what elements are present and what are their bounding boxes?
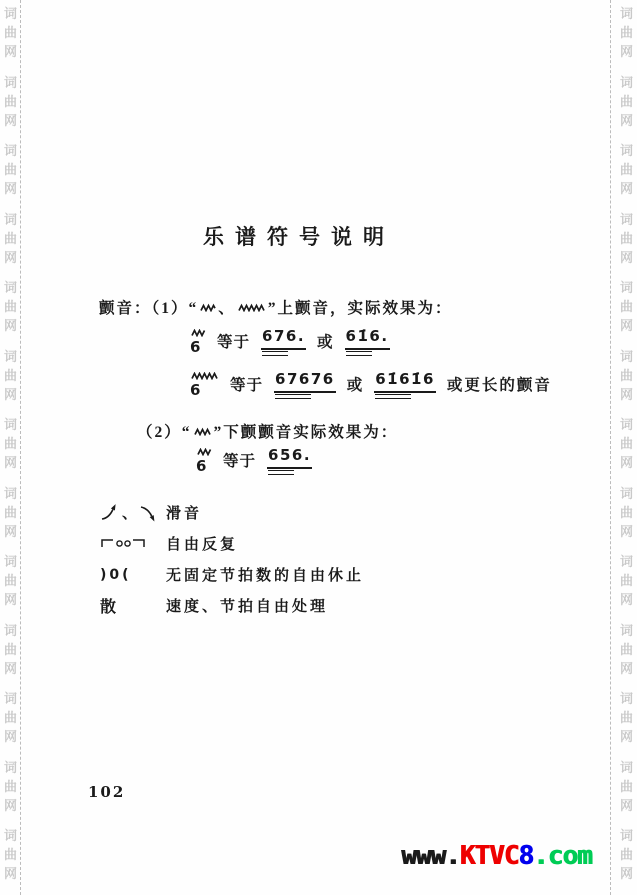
equals-word: 等于	[230, 373, 263, 399]
jianpu-value: 61̇61̇6	[374, 370, 436, 393]
note-with-short-trill: 6	[190, 329, 206, 356]
legend-label: 无固定节拍数的自由休止	[166, 564, 364, 585]
legend-row-free-rest: )0( 无固定节拍数的自由休止	[100, 559, 364, 590]
lower-trill-intro-line: （2）“”下颤颤音实际效果为：	[137, 420, 398, 442]
note-digit: 6	[190, 339, 201, 356]
equals-word: 等于	[217, 330, 250, 356]
free-rest-glyphs: )0(	[100, 567, 132, 583]
san-symbol: 散	[100, 594, 166, 617]
slide-up-icon	[100, 503, 120, 522]
left-side-watermark: 词曲网词曲网词曲网词曲网词曲网词曲网词曲网词曲网词曲网词曲网词曲网词曲网词曲网	[2, 4, 19, 895]
legend-row-slide: 、 滑音	[100, 497, 364, 528]
watermark-8: 8	[518, 841, 533, 871]
free-repeat-symbol	[100, 537, 166, 550]
or-word: 或	[347, 373, 364, 399]
intro-separator: 、	[218, 300, 236, 317]
slide-down-icon	[139, 503, 159, 523]
page-number: 102	[88, 783, 125, 801]
note-with-short-trill: 6	[196, 448, 212, 475]
slide-symbols: 、	[100, 502, 166, 523]
longer-trill-note: 或更长的颤音	[447, 373, 552, 399]
site-watermark: www.KTVC8.com	[401, 841, 592, 871]
left-dashed-rule	[20, 0, 21, 895]
legend-label: 速度、节拍自由处理	[166, 595, 328, 616]
legend-row-san: 散 速度、节拍自由处理	[100, 590, 364, 621]
watermark-com: .com	[533, 841, 592, 871]
symbol-legend: 、 滑音 自由反复 )0( 无固定节拍数的自由休止 散 速度、节拍自由处理	[100, 497, 364, 621]
right-dashed-rule	[610, 0, 611, 895]
right-side-watermark: 词曲网词曲网词曲网词曲网词曲网词曲网词曲网词曲网词曲网词曲网词曲网词曲网词曲网	[618, 4, 635, 895]
long-trill-icon	[191, 372, 219, 380]
page-title: 乐谱符号说明	[203, 221, 395, 251]
trill-example-3: 6 等于 656.	[196, 446, 312, 475]
line2-suffix: ”下颤颤音实际效果为：	[214, 424, 399, 441]
legend-row-free-repeat: 自由反复	[100, 528, 364, 559]
line2-prefix: （2）“	[137, 424, 192, 441]
jianpu-value: 676.	[261, 327, 306, 350]
trill-example-2: 6 等于 67676 或 61̇61̇6 或更长的颤音	[190, 370, 552, 399]
intro-suffix: ”上颤音，实际效果为：	[268, 300, 453, 317]
long-trill-icon	[238, 303, 266, 312]
legend-label: 自由反复	[166, 533, 238, 554]
short-trill-icon	[197, 448, 212, 456]
or-word: 或	[317, 330, 334, 356]
free-repeat-icon	[100, 537, 146, 550]
free-rest-symbol: )0(	[100, 567, 166, 583]
jianpu-value: 656.	[267, 446, 312, 469]
trill-intro-line: 颤音：（1）“、”上颤音，实际效果为：	[99, 296, 453, 318]
short-trill-icon	[200, 303, 216, 312]
intro-prefix: 颤音：（1）“	[99, 300, 198, 317]
san-character: 散	[100, 594, 116, 617]
equals-word: 等于	[223, 449, 256, 475]
scanned-book-page: 词曲网词曲网词曲网词曲网词曲网词曲网词曲网词曲网词曲网词曲网词曲网词曲网词曲网 …	[0, 0, 637, 895]
note-digit: 6	[190, 382, 201, 399]
legend-label: 滑音	[166, 502, 202, 523]
note-with-long-trill: 6	[190, 372, 219, 399]
watermark-www: www.	[401, 841, 460, 871]
short-trill-icon	[191, 329, 206, 337]
medium-trill-icon	[194, 427, 212, 436]
note-digit: 6	[196, 458, 207, 475]
jianpu-value: 61̇6.	[345, 327, 390, 350]
slide-separator: 、	[122, 502, 137, 523]
trill-example-1: 6 等于 676. 或 61̇6.	[190, 327, 390, 356]
watermark-ktvc: KTVC	[460, 841, 519, 871]
jianpu-value: 67676	[274, 370, 336, 393]
